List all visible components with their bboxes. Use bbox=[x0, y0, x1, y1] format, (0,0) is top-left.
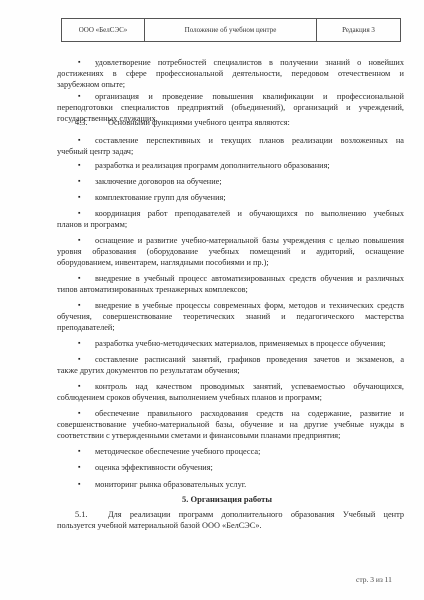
text-line: оценка эффективности обучения; bbox=[95, 462, 213, 473]
section-number: 5.1. bbox=[75, 509, 87, 520]
text-line: преподавателей; bbox=[57, 322, 404, 333]
text-line: составление перспективных и текущих план… bbox=[95, 135, 404, 146]
text-line: контроль над качеством проводимых заняти… bbox=[95, 381, 404, 392]
document-page: ООО «БелСЭС» Положение об учебном центре… bbox=[0, 0, 424, 600]
text-line: соблюдением сроков обучения, выполнением… bbox=[57, 392, 404, 403]
bullet-icon: ▪ bbox=[78, 235, 80, 246]
text-line: типов автоматизированных тренажерных ком… bbox=[57, 284, 404, 295]
text-line: составление расписаний занятий, графиков… bbox=[95, 354, 404, 365]
text-line: удовлетворение потребностей специалистов… bbox=[95, 57, 404, 68]
text-line: зарубежном опыте; bbox=[57, 79, 404, 90]
bullet-icon: ▪ bbox=[78, 160, 80, 171]
section-heading: Основными функциями учебного центра явля… bbox=[108, 117, 290, 128]
text-line: учебный центр задач; bbox=[57, 146, 404, 157]
text-line: пользуется учебной материальной базой ОО… bbox=[57, 520, 404, 531]
text-line: координация работ преподавателей и обуча… bbox=[95, 208, 404, 219]
bullet-icon: ▪ bbox=[78, 381, 80, 392]
bullet-icon: ▪ bbox=[78, 408, 80, 419]
bullet-icon: ▪ bbox=[78, 462, 80, 473]
text-line: обеспечение правильного расходования сре… bbox=[95, 408, 404, 419]
text-line: разработка и реализация программ дополни… bbox=[95, 160, 330, 171]
text-line: внедрение в учебный процесс автоматизиро… bbox=[95, 273, 404, 284]
text-line: обучения, совершенствование теоретически… bbox=[57, 311, 404, 322]
bullet-icon: ▪ bbox=[78, 91, 80, 102]
text-line: мониторинг рынка образовательных услуг. bbox=[95, 479, 246, 490]
text-line: достижениях в сфере профессиональной дея… bbox=[57, 68, 404, 79]
bullet-icon: ▪ bbox=[78, 338, 80, 349]
bullet-icon: ▪ bbox=[78, 446, 80, 457]
bullet-icon: ▪ bbox=[78, 57, 80, 68]
bullet-icon: ▪ bbox=[78, 273, 80, 284]
text-line: переподготовки специалистов предприятий … bbox=[57, 102, 404, 113]
text-line: Для реализации программ дополнительного … bbox=[108, 509, 404, 520]
page-number: стр. 3 из 11 bbox=[356, 575, 392, 584]
text-line: оснащение и развитие учебно-материальной… bbox=[95, 235, 404, 246]
bullet-icon: ▪ bbox=[78, 192, 80, 203]
text-line: заключение договоров на обучение; bbox=[95, 176, 222, 187]
text-line: планов и программ; bbox=[57, 219, 404, 230]
bullet-icon: ▪ bbox=[78, 208, 80, 219]
bullet-icon: ▪ bbox=[78, 300, 80, 311]
header-organization: ООО «БелСЭС» bbox=[62, 19, 145, 41]
header-table: ООО «БелСЭС» Положение об учебном центре… bbox=[61, 18, 401, 42]
text-line: оборудованием, инвентарем, наглядными по… bbox=[57, 257, 404, 268]
header-document-title: Положение об учебном центре bbox=[145, 19, 317, 41]
text-line: разработка учебно-методических материало… bbox=[95, 338, 385, 349]
text-line: методическое обеспечение учебного процес… bbox=[95, 446, 260, 457]
text-line: уровня образования (оборудование учебных… bbox=[57, 246, 404, 257]
text-line: организация и проведение повышения квали… bbox=[95, 91, 404, 102]
text-line: также других документов по результатам о… bbox=[57, 365, 404, 376]
header-revision: Редакция 3 bbox=[317, 19, 400, 41]
section-5-heading: 5. Организация работы bbox=[0, 494, 424, 505]
text-line: совершенствование учебно-материальной ба… bbox=[57, 419, 404, 430]
bullet-icon: ▪ bbox=[78, 354, 80, 365]
bullet-icon: ▪ bbox=[78, 135, 80, 146]
bullet-icon: ▪ bbox=[78, 176, 80, 187]
text-line: соответствии с утвержденными сметами и ф… bbox=[57, 430, 404, 441]
text-line: комплектование групп для обучения; bbox=[95, 192, 226, 203]
section-number: 4.3. bbox=[75, 117, 87, 128]
text-line: внедрение в учебные процессы современных… bbox=[95, 300, 404, 311]
bullet-icon: ▪ bbox=[78, 479, 80, 490]
